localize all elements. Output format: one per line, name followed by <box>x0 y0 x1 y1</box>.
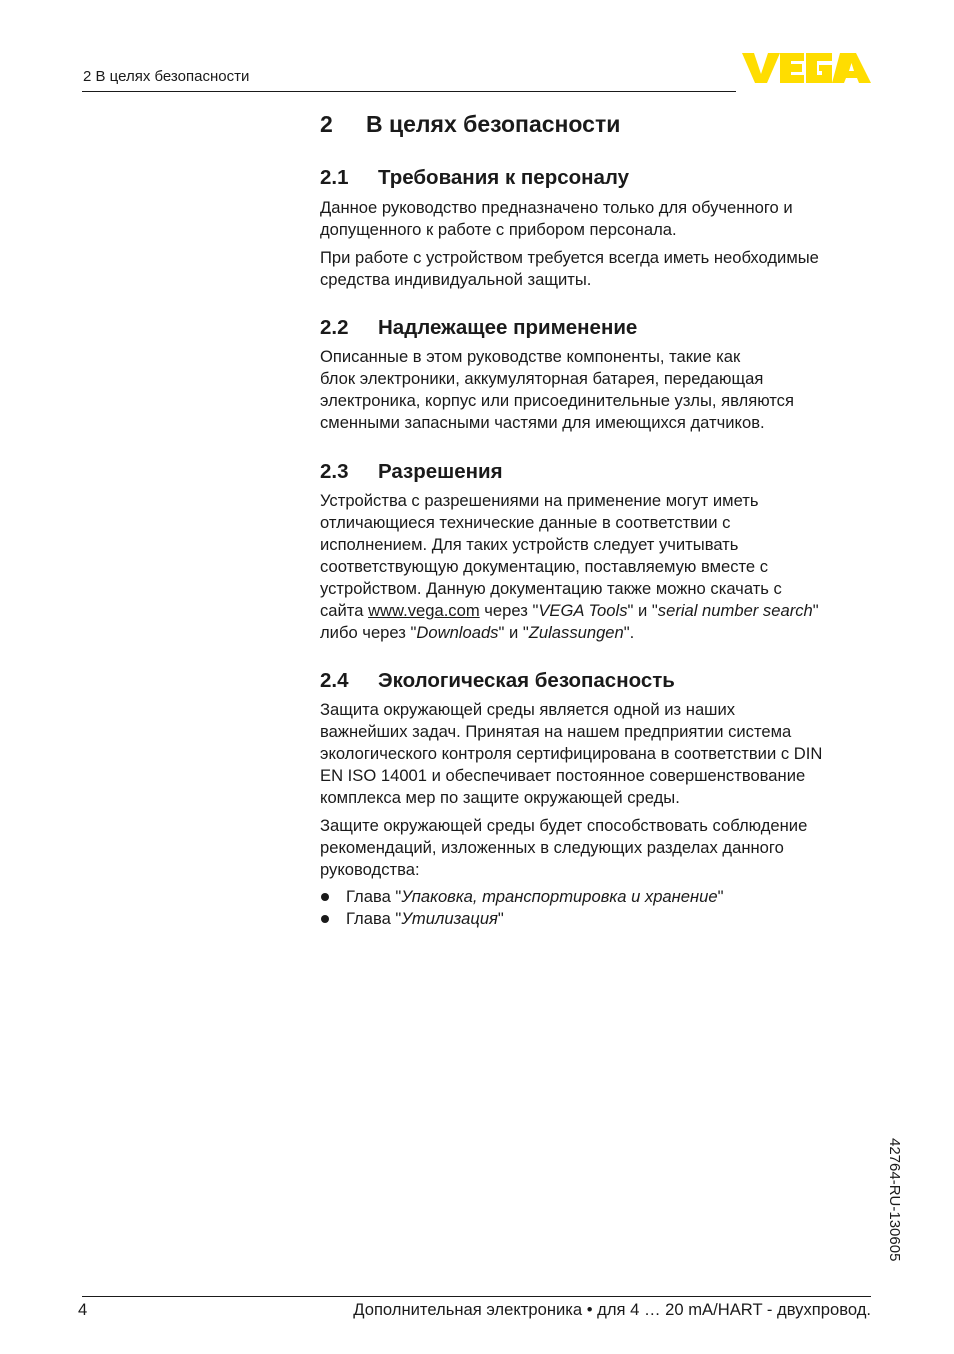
text-line: допущенного к работе с прибором персонал… <box>320 219 880 241</box>
text-line: сайта www.vega.com через "VEGA Tools" и … <box>320 600 880 622</box>
paragraph: Устройства с разрешениями на применение … <box>320 490 880 644</box>
text-line: Защите окружающей среды будет способство… <box>320 815 880 837</box>
text-line: Описанные в этом руководстве компоненты,… <box>320 346 880 368</box>
paragraph: Описанные в этом руководстве компоненты,… <box>320 346 880 434</box>
section-number: 2.2 <box>320 316 378 340</box>
section-number: 2.1 <box>320 166 378 190</box>
text-line: блок электроники, аккумуляторная батарея… <box>320 368 880 390</box>
text: Глава " <box>346 887 401 906</box>
text-line: руководства: <box>320 859 880 881</box>
document-code: 42764-RU-130605 <box>886 1138 903 1261</box>
text: " и " <box>628 601 658 620</box>
paragraph: Защите окружающей среды будет способство… <box>320 815 880 881</box>
emphasis: serial number search <box>658 601 813 620</box>
text-line: Устройства с разрешениями на применение … <box>320 490 880 512</box>
text: " и " <box>498 623 528 642</box>
footer-rule <box>82 1296 871 1297</box>
chapter-number: 2 <box>320 111 366 138</box>
running-head: 2 В целях безопасности <box>83 68 249 85</box>
text-line: Данное руководство предназначено только … <box>320 197 880 219</box>
section-heading-2-1: 2.1Требования к персоналу <box>320 166 629 190</box>
section-heading-2-2: 2.2Надлежащее применение <box>320 316 637 340</box>
vega-logo <box>742 50 872 86</box>
text: " <box>718 887 724 906</box>
emphasis: Zulassungen <box>529 623 624 642</box>
bullet-list: Глава "Упаковка, транспортировка и хране… <box>320 886 724 930</box>
text-line: EN ISO 14001 и обеспечивает постоянное с… <box>320 765 880 787</box>
text-line: комплекса мер по защите окружающей среды… <box>320 787 880 809</box>
header-rule <box>82 91 736 92</box>
text: сайта <box>320 601 368 620</box>
text-line: электроника, корпус или присоединительны… <box>320 390 880 412</box>
text: ". <box>624 623 635 642</box>
section-title: Надлежащее применение <box>378 316 637 339</box>
paragraph: При работе с устройством требуется всегд… <box>320 247 880 291</box>
footer-title: Дополнительная электроника • для 4 … 20 … <box>353 1300 871 1320</box>
text-line: рекомендаций, изложенных в следующих раз… <box>320 837 880 859</box>
page-number: 4 <box>78 1300 87 1320</box>
text-line: отличающиеся технические данные в соотве… <box>320 512 880 534</box>
list-item: Глава "Упаковка, транспортировка и хране… <box>320 886 724 908</box>
bullet-icon <box>321 915 329 923</box>
text-line: средства индивидуальной защиты. <box>320 269 880 291</box>
section-heading-2-3: 2.3Разрешения <box>320 460 503 484</box>
text-line: важнейших задач. Принятая на нашем предп… <box>320 721 880 743</box>
text-line: соответствующую документацию, поставляем… <box>320 556 880 578</box>
text-line: экологического контроля сертифицирована … <box>320 743 880 765</box>
text-line: Защита окружающей среды является одной и… <box>320 699 880 721</box>
chapter-reference: Упаковка, транспортировка и хранение <box>401 887 717 906</box>
paragraph: Защита окружающей среды является одной и… <box>320 699 880 809</box>
text: через " <box>480 601 539 620</box>
section-number: 2.3 <box>320 460 378 484</box>
list-item: Глава "Утилизация" <box>320 908 724 930</box>
vega-website-link[interactable]: www.vega.com <box>368 601 480 620</box>
text-line: либо через "Downloads" и "Zulassungen". <box>320 622 880 644</box>
emphasis: VEGA Tools <box>538 601 627 620</box>
text: либо через " <box>320 623 416 642</box>
section-title: Требования к персоналу <box>378 166 629 189</box>
chapter-title: В целях безопасности <box>366 111 620 137</box>
text-line: При работе с устройством требуется всегд… <box>320 247 880 269</box>
text-line: устройством. Данную документацию также м… <box>320 578 880 600</box>
text: " <box>498 909 504 928</box>
emphasis: Downloads <box>416 623 498 642</box>
text-line: исполнением. Для таких устройств следует… <box>320 534 880 556</box>
chapter-reference: Утилизация <box>401 909 498 928</box>
text-line: сменными запасными частями для имеющихся… <box>320 412 880 434</box>
section-title: Экологическая безопасность <box>378 669 675 692</box>
paragraph: Данное руководство предназначено только … <box>320 197 880 241</box>
bullet-icon <box>321 893 329 901</box>
section-number: 2.4 <box>320 669 378 693</box>
section-title: Разрешения <box>378 460 503 483</box>
text: " <box>813 601 819 620</box>
section-heading-2-4: 2.4Экологическая безопасность <box>320 669 675 693</box>
text: Глава " <box>346 909 401 928</box>
chapter-heading: 2В целях безопасности <box>320 111 620 138</box>
